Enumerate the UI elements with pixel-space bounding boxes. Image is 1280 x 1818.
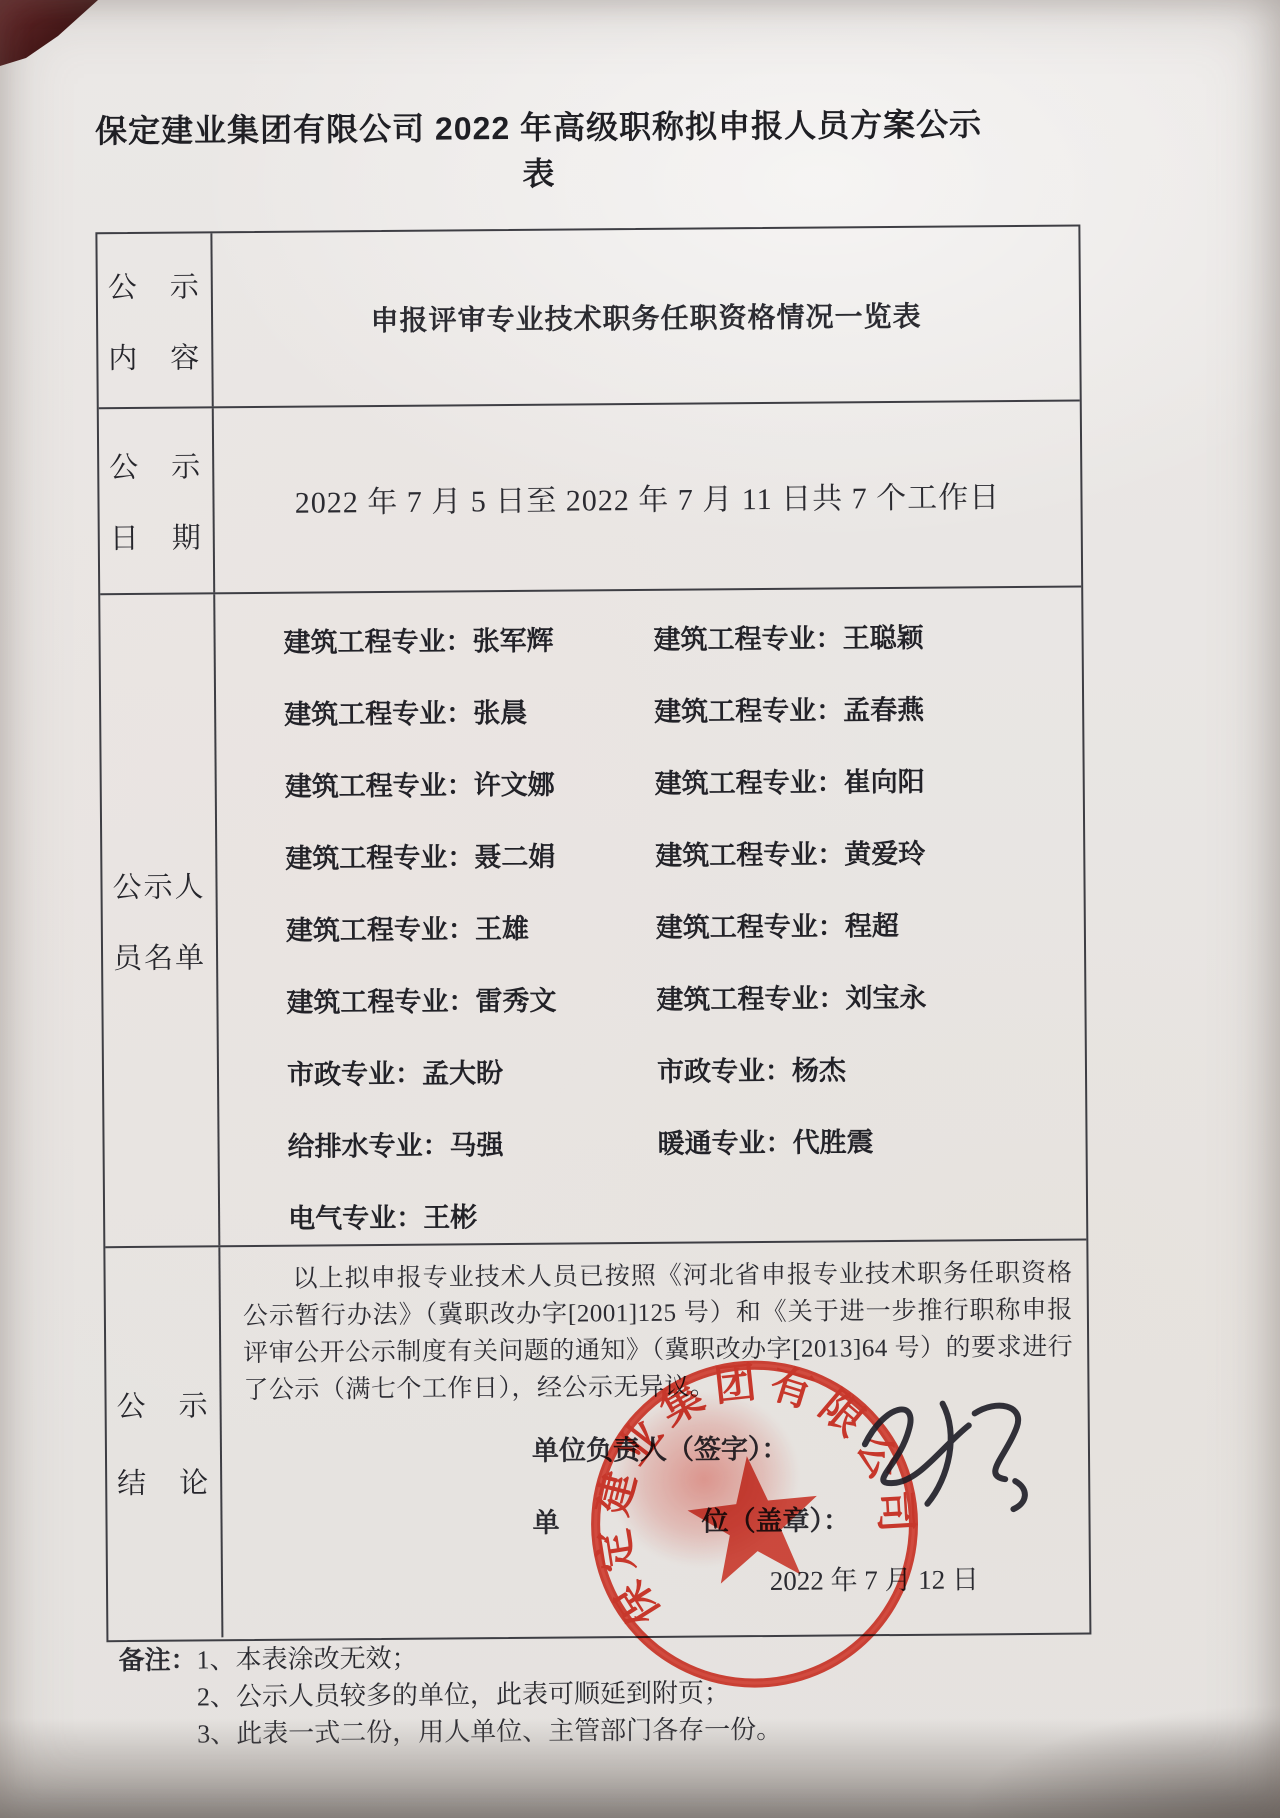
personnel-entry: 暖通专业：代胜震 [657, 1118, 1085, 1160]
label-line: 公示人 [112, 864, 205, 906]
row-label-conclusion: 公 示 结 论 [105, 1247, 223, 1638]
personnel-entry: 建筑工程专业：王聪颖 [653, 614, 1081, 656]
personnel-entry: 电气专业：王彬 [288, 1193, 658, 1235]
personnel-entry: 建筑工程专业：程超 [656, 902, 1084, 944]
personnel-list: 建筑工程专业：张军辉 建筑工程专业：王聪颖 建筑工程专业：张晨 建筑工程专业：孟… [215, 588, 1086, 1253]
table-row-personnel: 公示人 员名单 建筑工程专业：张军辉 建筑工程专业：王聪颖 建筑工程专业：张晨 … [100, 588, 1086, 1249]
document-title: 保定建业集团有限公司 2022 年高级职称拟申报人员方案公示表 [82, 99, 995, 198]
label-line: 公 示 [109, 444, 202, 486]
notice-table: 公 示 内 容 申报评审专业技术职务任职资格情况一览表 公 示 日 期 2022… [95, 225, 1091, 1643]
note-item: 1、本表涂改无效； [196, 1637, 781, 1679]
personnel-entry: 市政专业：孟大盼 [287, 1049, 657, 1091]
personnel-value-cell: 建筑工程专业：张军辉 建筑工程专业：王聪颖 建筑工程专业：张晨 建筑工程专业：孟… [215, 588, 1086, 1246]
notes-label: 备注： [118, 1642, 197, 1754]
conclusion-paragraph: 以上拟申报专业技术人员已按照《河北省申报专业技术职务任职资格公示暂行办法》（冀职… [242, 1255, 1073, 1410]
personnel-entry: 建筑工程专业：许文娜 [285, 761, 655, 803]
seal-label-gap [560, 1531, 702, 1532]
personnel-entry: 建筑工程专业：聂二娟 [285, 833, 655, 875]
conclusion-date: 2022 年 7 月 12 日 [245, 1561, 979, 1603]
personnel-entry: 给排水专业：马强 [287, 1121, 657, 1163]
personnel-entry: 建筑工程专业：黄爱玲 [655, 830, 1083, 872]
personnel-entry: 建筑工程专业：孟春燕 [654, 686, 1082, 728]
note-item: 2、公示人员较多的单位，此表可顺延到附页； [197, 1674, 782, 1716]
label-line: 公 示 [108, 264, 201, 306]
personnel-entry: 建筑工程专业：崔向阳 [655, 758, 1083, 800]
personnel-entry: 建筑工程专业：雷秀文 [286, 977, 656, 1019]
table-row-date: 公 示 日 期 2022 年 7 月 5 日至 2022 年 7 月 11 日共… [99, 402, 1081, 596]
notes-list: 1、本表涂改无效； 2、公示人员较多的单位，此表可顺延到附页； 3、此表一式二份… [196, 1637, 782, 1753]
note-item: 3、此表一式二份，用人单位、主管部门各存一份。 [197, 1711, 782, 1753]
signer-label: 单位负责人（签字）： [532, 1429, 1074, 1469]
conclusion-value-cell: 以上拟申报专业技术人员已按照《河北省申报专业技术职务任职资格公示暂行办法》（冀职… [220, 1241, 1089, 1638]
content-text: 申报评审专业技术职务任职资格情况一览表 [370, 294, 921, 338]
seal-label: 单位（盖章）： [532, 1501, 1074, 1541]
label-line: 内 容 [108, 335, 201, 377]
personnel-entry: 市政专业：杨杰 [657, 1046, 1085, 1088]
personnel-entry: 建筑工程专业：刘宝永 [656, 974, 1084, 1016]
document-sheet: 保定建业集团有限公司 2022 年高级职称拟申报人员方案公示表 公 示 内 容 … [0, 0, 1280, 1818]
row-label-personnel: 公示人 员名单 [100, 594, 220, 1246]
label-line: 员名单 [113, 935, 206, 977]
table-row-conclusion: 公 示 结 论 以上拟申报专业技术人员已按照《河北省申报专业技术职务任职资格公示… [105, 1241, 1089, 1639]
seal-label-rest: 位（盖章）： [701, 1505, 850, 1536]
label-line: 日 期 [110, 515, 203, 557]
date-value-cell: 2022 年 7 月 5 日至 2022 年 7 月 11 日共 7 个工作日 [214, 402, 1081, 593]
personnel-entry: 建筑工程专业：张军辉 [283, 617, 653, 659]
table-row-content: 公 示 内 容 申报评审专业技术职务任职资格情况一览表 [97, 227, 1079, 410]
personnel-entry: 建筑工程专业：张晨 [284, 689, 654, 731]
date-text: 2022 年 7 月 5 日至 2022 年 7 月 11 日共 7 个工作日 [295, 472, 1001, 522]
notes-section: 备注： 1、本表涂改无效； 2、公示人员较多的单位，此表可顺延到附页； 3、此表… [118, 1635, 1069, 1753]
content-value-cell: 申报评审专业技术职务任职资格情况一览表 [212, 227, 1079, 407]
label-line: 公 示 [116, 1383, 209, 1425]
row-label-content: 公 示 内 容 [97, 233, 213, 407]
seal-label-unit: 单 [532, 1508, 559, 1538]
label-line: 结 论 [117, 1460, 210, 1502]
personnel-entry: 建筑工程专业：王雄 [286, 905, 656, 947]
scanned-document-page: 保定建业集团有限公司 2022 年高级职称拟申报人员方案公示表 公 示 内 容 … [0, 0, 1280, 1818]
row-label-date: 公 示 日 期 [99, 408, 215, 593]
personnel-entry-empty [658, 1210, 1086, 1213]
